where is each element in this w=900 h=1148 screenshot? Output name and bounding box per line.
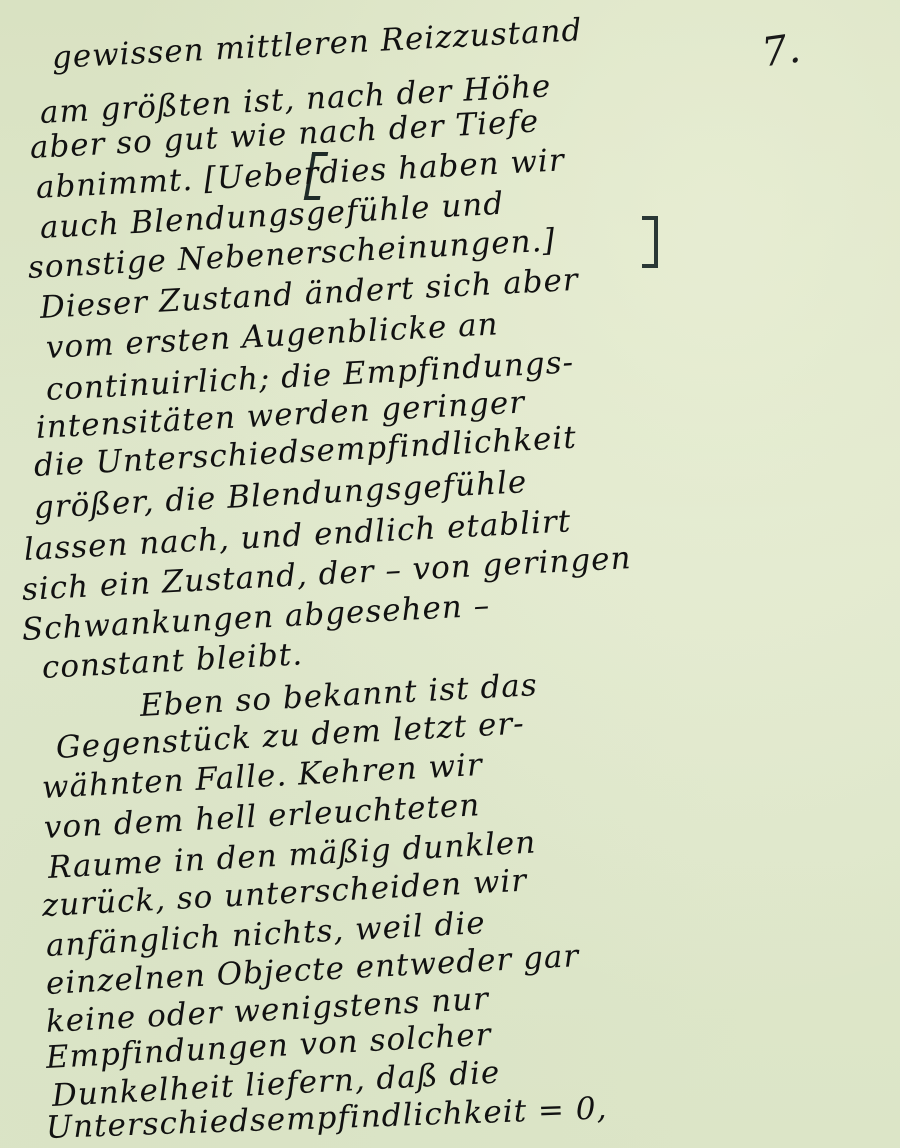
- text-line: gewissen mittleren Reizzustand: [51, 12, 583, 76]
- page-number: 7.: [759, 26, 803, 77]
- closing-bracket-mark: [642, 216, 658, 268]
- manuscript-page: 7. gewissen mittleren Reizzustand am grö…: [0, 0, 900, 1148]
